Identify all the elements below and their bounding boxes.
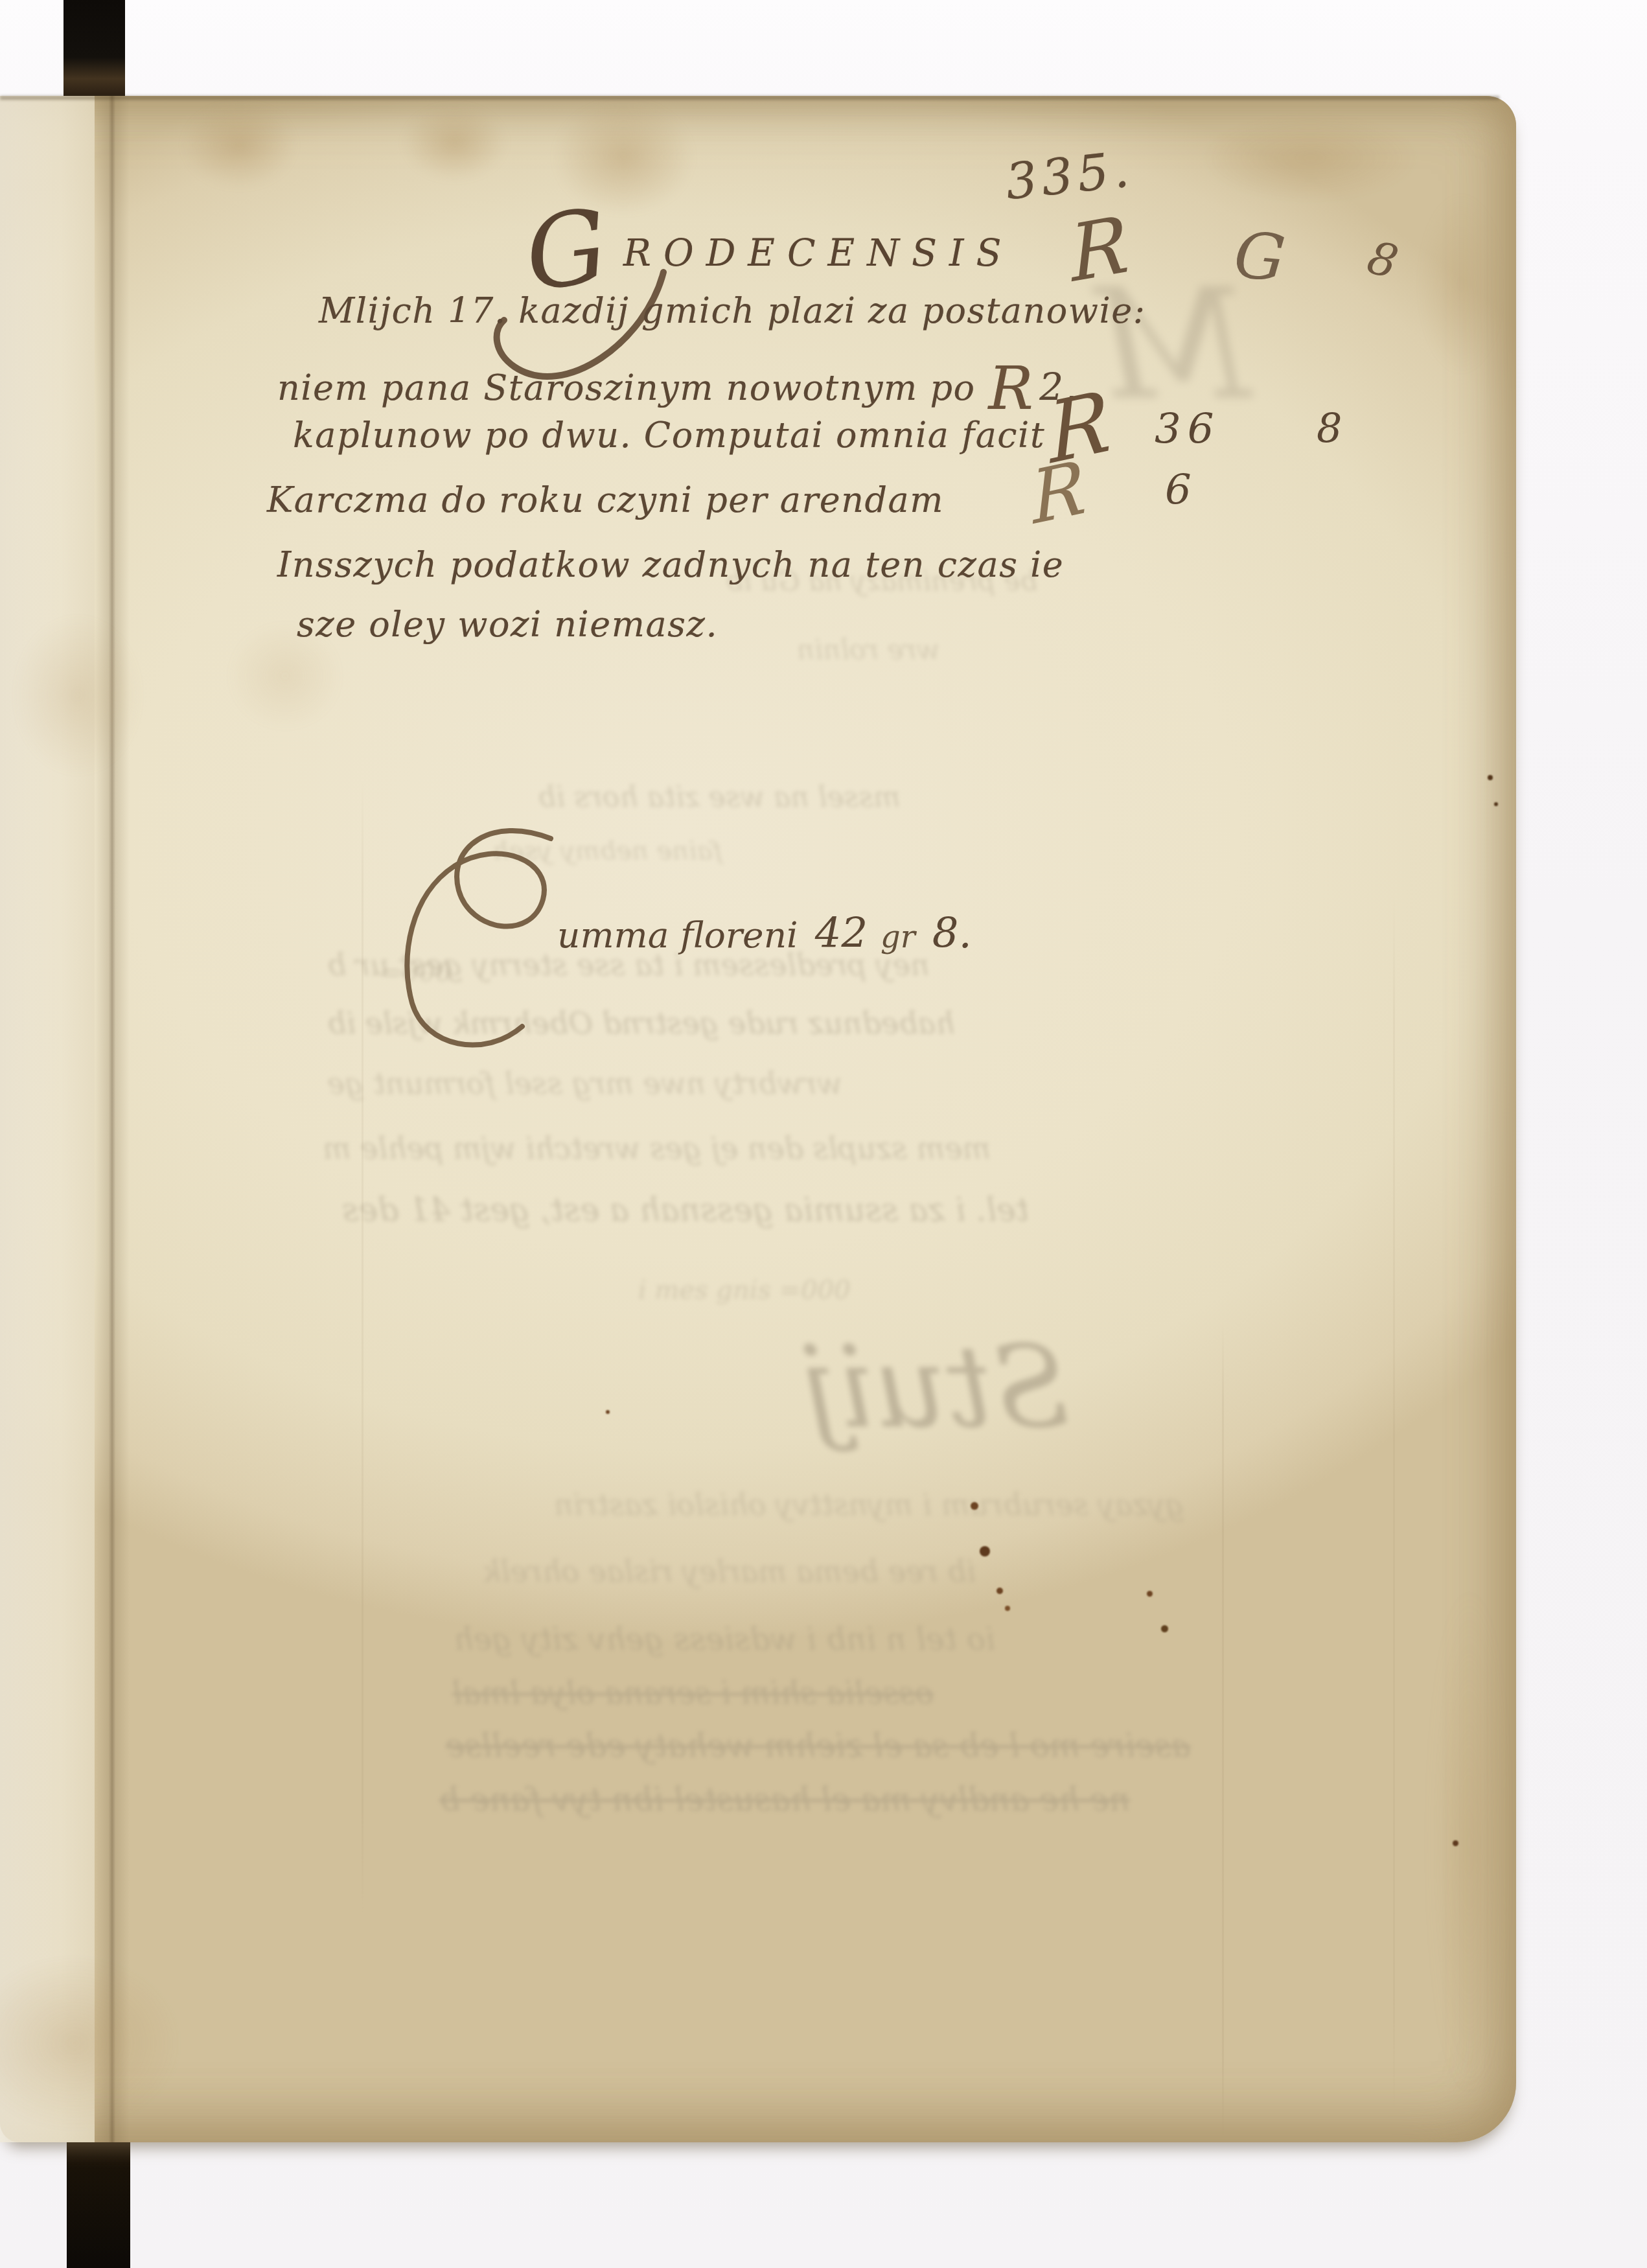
scanner-background: Mbe prenimazy na Gu ibwre rolninmssel na… <box>0 0 1647 2268</box>
book-strap-top <box>63 0 125 98</box>
summa-groschen: 8. <box>932 910 972 958</box>
entry-line-text: niem pana Staroszinym nowotnym po <box>277 367 976 408</box>
summa-initial-flourish <box>387 820 562 1060</box>
ink-speck <box>1494 802 1498 806</box>
fold-line <box>1393 894 1395 2112</box>
stain <box>1432 1586 1506 2098</box>
ink-speck <box>996 1588 1003 1594</box>
entry-line-text: kaplunow po dwu. Computai omnia facit <box>293 415 1045 456</box>
summa-label: umma floreni <box>557 914 798 956</box>
florin-symbol: R <box>1029 445 1088 541</box>
loop-flourish-icon: G <box>1231 218 1288 296</box>
bleedthrough-text: i mes gnis =000 <box>638 1275 851 1305</box>
bleedthrough-text: tel. i za ssumia gessnah a est, gest 41 … <box>342 1191 1029 1229</box>
bleedthrough-text: wrwbrty nwe mrg ssel formunt ge <box>327 1066 842 1101</box>
ink-speck <box>1453 1840 1458 1846</box>
entry-line: niem pana Staroszinym nowotnym poR2, <box>277 354 1077 423</box>
ink-speck <box>980 1546 990 1556</box>
stain <box>403 105 507 180</box>
stain <box>183 102 296 188</box>
entry-line: sze oley wozi niemasz. <box>297 604 718 645</box>
stain <box>1202 114 1419 202</box>
stain <box>1419 193 1503 375</box>
amount-groschen: 8 <box>1317 404 1342 452</box>
bleedthrough-text: ne he andlvy ma el hasustel ibn tyv fane… <box>439 1781 1130 1818</box>
entry-line-text: sze oley wozi niemasz. <box>297 604 718 645</box>
bleedthrough-text: mssel na wse zita hors ib <box>538 781 901 814</box>
entry-line: kaplunow po dwu. Computai omnia facit <box>293 415 1045 456</box>
entry-line: Insszych podatkow zadnych na ten czas ie <box>277 544 1064 585</box>
amount-florins: 36 <box>1155 406 1220 454</box>
entry-line: Mlijch 17. kazdij gmich plazi za postano… <box>319 290 1146 331</box>
stain <box>0 1956 181 2131</box>
ink-speck <box>606 1410 610 1414</box>
bleedthrough-text: io tel n inb i wdsiess gehv zity geh <box>454 1621 995 1658</box>
entry-line-text: Karczma do roku czyni per arendam <box>267 480 944 520</box>
bleedthrough-text: gyzay serubrum i mynsttvy ohisloi zastri… <box>554 1487 1184 1522</box>
summa-unit: gr <box>881 919 916 955</box>
summa-florins: 42 <box>815 910 868 958</box>
entry-line: Karczma do roku czyni per arendam <box>267 480 944 520</box>
page-title: RODECENSIS <box>623 232 1014 275</box>
summa-text: umma floreni42gr8. <box>557 910 972 958</box>
florin-symbol: R <box>989 354 1035 423</box>
entry-line-text: Mlijch 17. kazdij gmich plazi za postano… <box>319 290 1146 331</box>
ink-speck <box>1005 1606 1010 1611</box>
bleedthrough-text: aseire mo l eb sa el ziehm wehaty ede re… <box>446 1727 1191 1765</box>
fold-line <box>1222 1322 1224 2138</box>
bleedthrough-text: wre rolnin <box>797 634 940 665</box>
ink-speck <box>971 1502 978 1510</box>
amount-florins: 6 <box>1165 467 1192 515</box>
bleedthrough-text: ib ree bema marley rislae ohrelk <box>483 1554 976 1589</box>
folio-number: 335. <box>1003 140 1136 211</box>
ink-speck <box>1147 1591 1153 1597</box>
ink-speck <box>1161 1625 1168 1632</box>
previous-page-edge <box>0 96 95 2142</box>
bleedthrough-text: Stuij <box>802 1322 1070 1453</box>
gutter-crease <box>95 96 130 2142</box>
stain <box>13 614 143 776</box>
entry-line-text: Insszych podatkow zadnych na ten czas ie <box>277 544 1064 585</box>
florin-mark-icon: R <box>1068 200 1132 300</box>
book-strap-bottom <box>67 2136 130 2268</box>
manuscript-page: Mbe prenimazy na Gu ibwre rolninmssel na… <box>0 96 1516 2142</box>
bleedthrough-text: osselia shim i serana olya lmal <box>452 1675 934 1711</box>
ink-speck <box>1488 775 1493 780</box>
squiggle-flourish-icon: 8 <box>1363 231 1403 289</box>
bleedthrough-text: mem szupls den ej ges wretchi wjm pehle … <box>323 1131 991 1166</box>
